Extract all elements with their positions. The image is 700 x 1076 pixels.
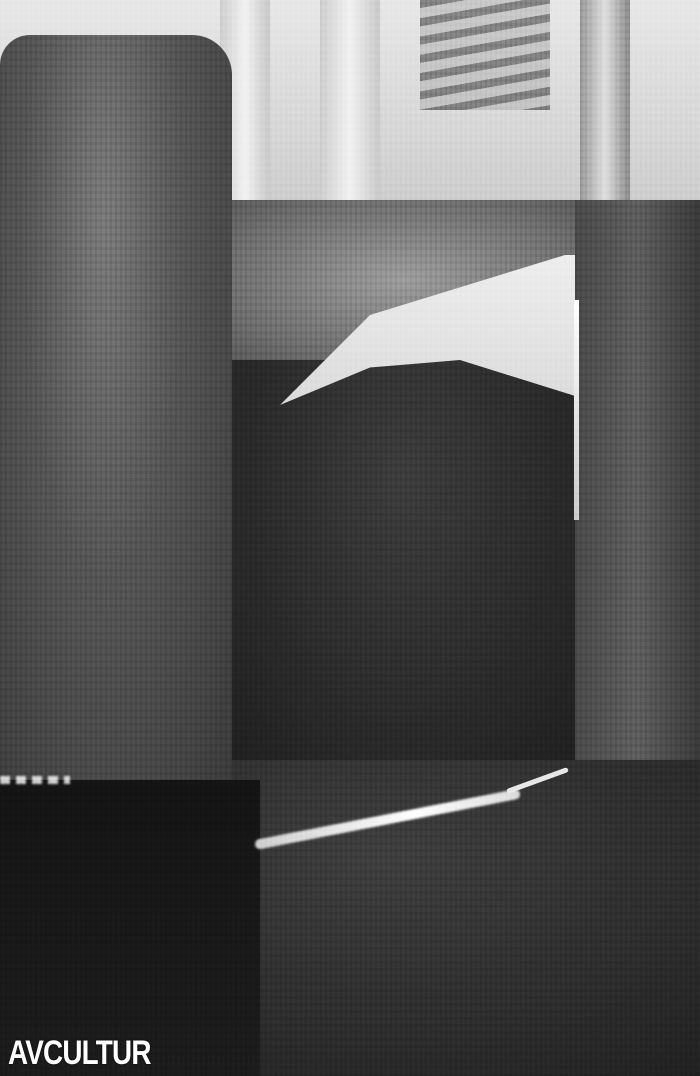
photo: AVCULTUR [0,0,700,1076]
grain-overlay [0,0,700,1076]
watermark: AVCULTUR [8,1036,151,1070]
